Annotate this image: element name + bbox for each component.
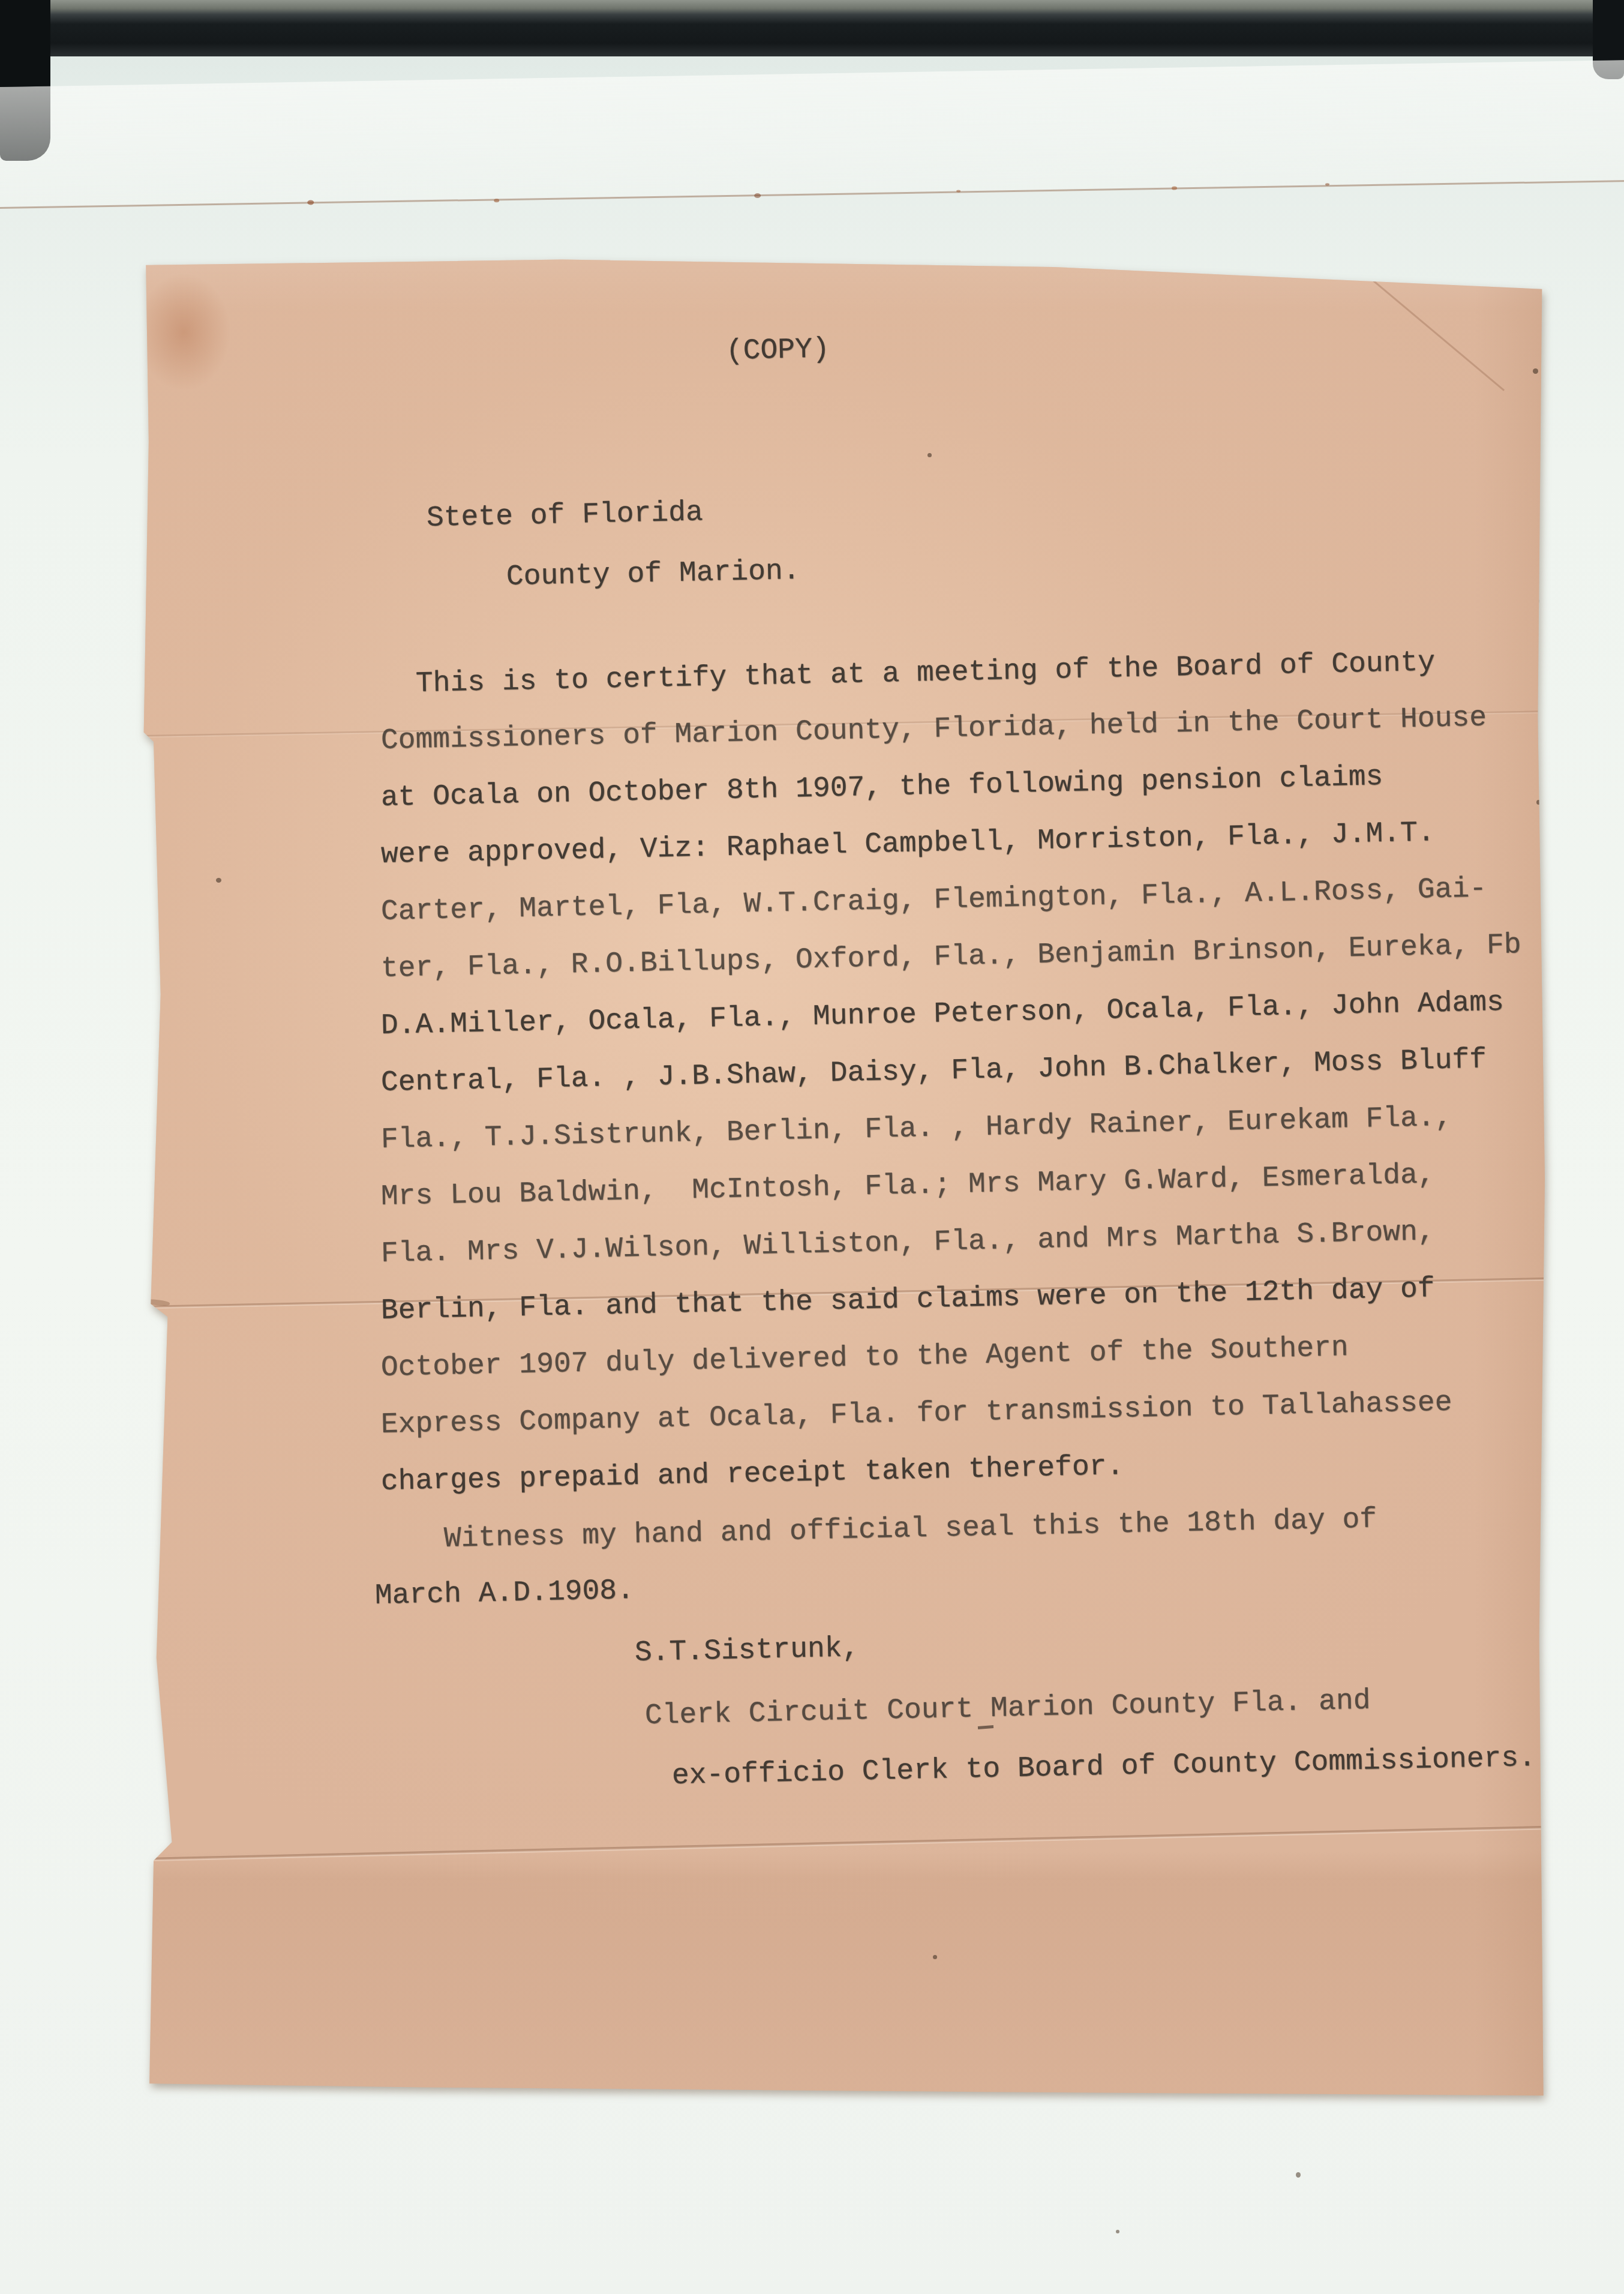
- body-line-2: Commissioners of Marion County, Florida,…: [380, 701, 1487, 760]
- body-line-11: Fla. Mrs V.J.Wilson, Williston, Fla., an…: [380, 1215, 1435, 1273]
- copy-label: (COPY): [725, 332, 830, 371]
- ink-speck: [216, 878, 221, 883]
- letter-paper-wrapper: (COPY) Stete of Florida County of Marion…: [141, 257, 1545, 2100]
- ink-speck: [1539, 599, 1544, 604]
- tape-rust-specks: [307, 200, 314, 205]
- body-line-8: Central, Fla. , J.B.Shaw, Daisy, Fla, Jo…: [380, 1043, 1487, 1102]
- corner-crease: [1370, 278, 1505, 391]
- closing-line-2: March A.D.1908.: [374, 1574, 634, 1615]
- body-line-3: at Ocala on October 8th 1907, the follow…: [380, 760, 1383, 817]
- tape-strip: [0, 60, 1624, 209]
- closing-line-1: Witness my hand and official seal this t…: [443, 1503, 1377, 1558]
- scan-background: (COPY) Stete of Florida County of Marion…: [0, 0, 1624, 2294]
- body-line-7: D.A.Miller, Ocala, Fla., Munroe Peterson…: [380, 986, 1504, 1045]
- county-line: County of Marion.: [506, 554, 800, 596]
- body-line-1: This is to certify that at a meeting of …: [415, 646, 1435, 703]
- body-line-5: Carter, Martel, Fla, W.T.Craig, Flemingt…: [380, 872, 1487, 931]
- body-line-15: charges prepaid and receipt taken theref…: [380, 1450, 1124, 1501]
- ink-speck: [933, 1955, 937, 1959]
- body-line-12: Berlin, Fla. and that the said claims we…: [380, 1272, 1435, 1330]
- body-line-10: Mrs Lou Baldwin, McIntosh, Fla.; Mrs Mar…: [380, 1158, 1435, 1216]
- backing-speck: [1296, 2172, 1301, 2178]
- signature-title-line-2: ex-officio Clerk to Board of County Comm…: [671, 1741, 1536, 1795]
- body-line-4: were approved, Viz: Raphael Campbell, Mo…: [380, 816, 1435, 874]
- body-line-14: Express Company at Ocala, Fla. for trans…: [380, 1386, 1452, 1444]
- body-line-9: Fla., T.J.Sistrunk, Berlin, Fla. , Hardy…: [380, 1101, 1452, 1159]
- ink-speck: [927, 453, 932, 457]
- scanner-edge-bar: [0, 0, 1624, 56]
- body-line-13: October 1907 duly delivered to the Agent…: [380, 1331, 1349, 1387]
- state-line: Stete of Florida: [426, 496, 703, 538]
- fold-crease-lower: [141, 1826, 1545, 1862]
- backing-speck: [1116, 2230, 1119, 2233]
- ink-speck: [1536, 800, 1541, 805]
- body-line-6: ter, Fla., R.O.Billups, Oxford, Fla., Be…: [380, 928, 1521, 988]
- signature-name-line: S.T.Sistrunk,: [634, 1632, 860, 1672]
- ink-speck: [1533, 368, 1538, 374]
- letter-paper: (COPY) Stete of Florida County of Marion…: [141, 257, 1545, 2100]
- signature-title-line-1: Clerk Circuit Court Marion County Fla. a…: [644, 1684, 1371, 1735]
- corner-stain: [137, 274, 230, 391]
